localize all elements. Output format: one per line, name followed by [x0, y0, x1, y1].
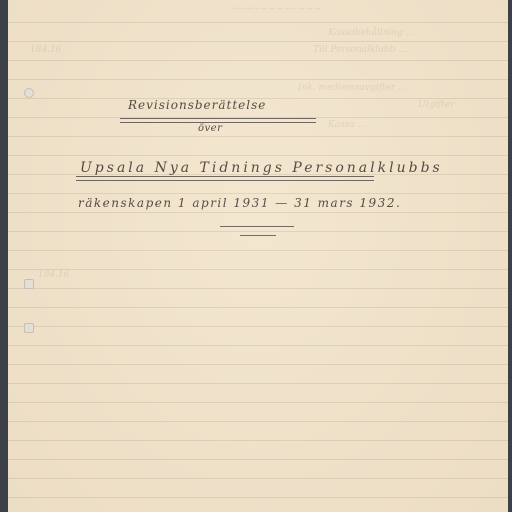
accounting-period: räkenskapen 1 april 1931 — 31 mars 1932.	[78, 196, 401, 210]
preposition-text: över	[198, 123, 222, 134]
punch-hole-icon	[24, 323, 34, 333]
bleed-through-text: Till Personalklubb ...	[313, 45, 407, 55]
bleed-through-text: ~~~~~~~~~~~~	[230, 4, 321, 14]
bleed-through-text: 184.16	[30, 45, 62, 55]
bleed-through-text: Kassa ...	[328, 120, 366, 130]
ledger-page: ~~~~~~~~~~~~ Kassabehållning ... 184.16 …	[8, 0, 508, 512]
punch-hole-icon	[24, 88, 34, 98]
divider-line	[220, 226, 294, 227]
bleed-through-text: Ink. medlemsavgifter ...	[298, 83, 407, 93]
bleed-through-text: Utgifter	[418, 100, 454, 110]
organization-underline	[76, 176, 374, 181]
organization-name: Upsala Nya Tidnings Personalklubbs	[80, 160, 443, 176]
bleed-through-text: Kassabehållning ...	[328, 28, 414, 38]
bleed-through-text: 184.16	[38, 270, 70, 280]
document-title: Revisionsberättelse	[128, 98, 266, 112]
divider-line	[240, 235, 276, 236]
punch-hole-icon	[24, 279, 34, 289]
